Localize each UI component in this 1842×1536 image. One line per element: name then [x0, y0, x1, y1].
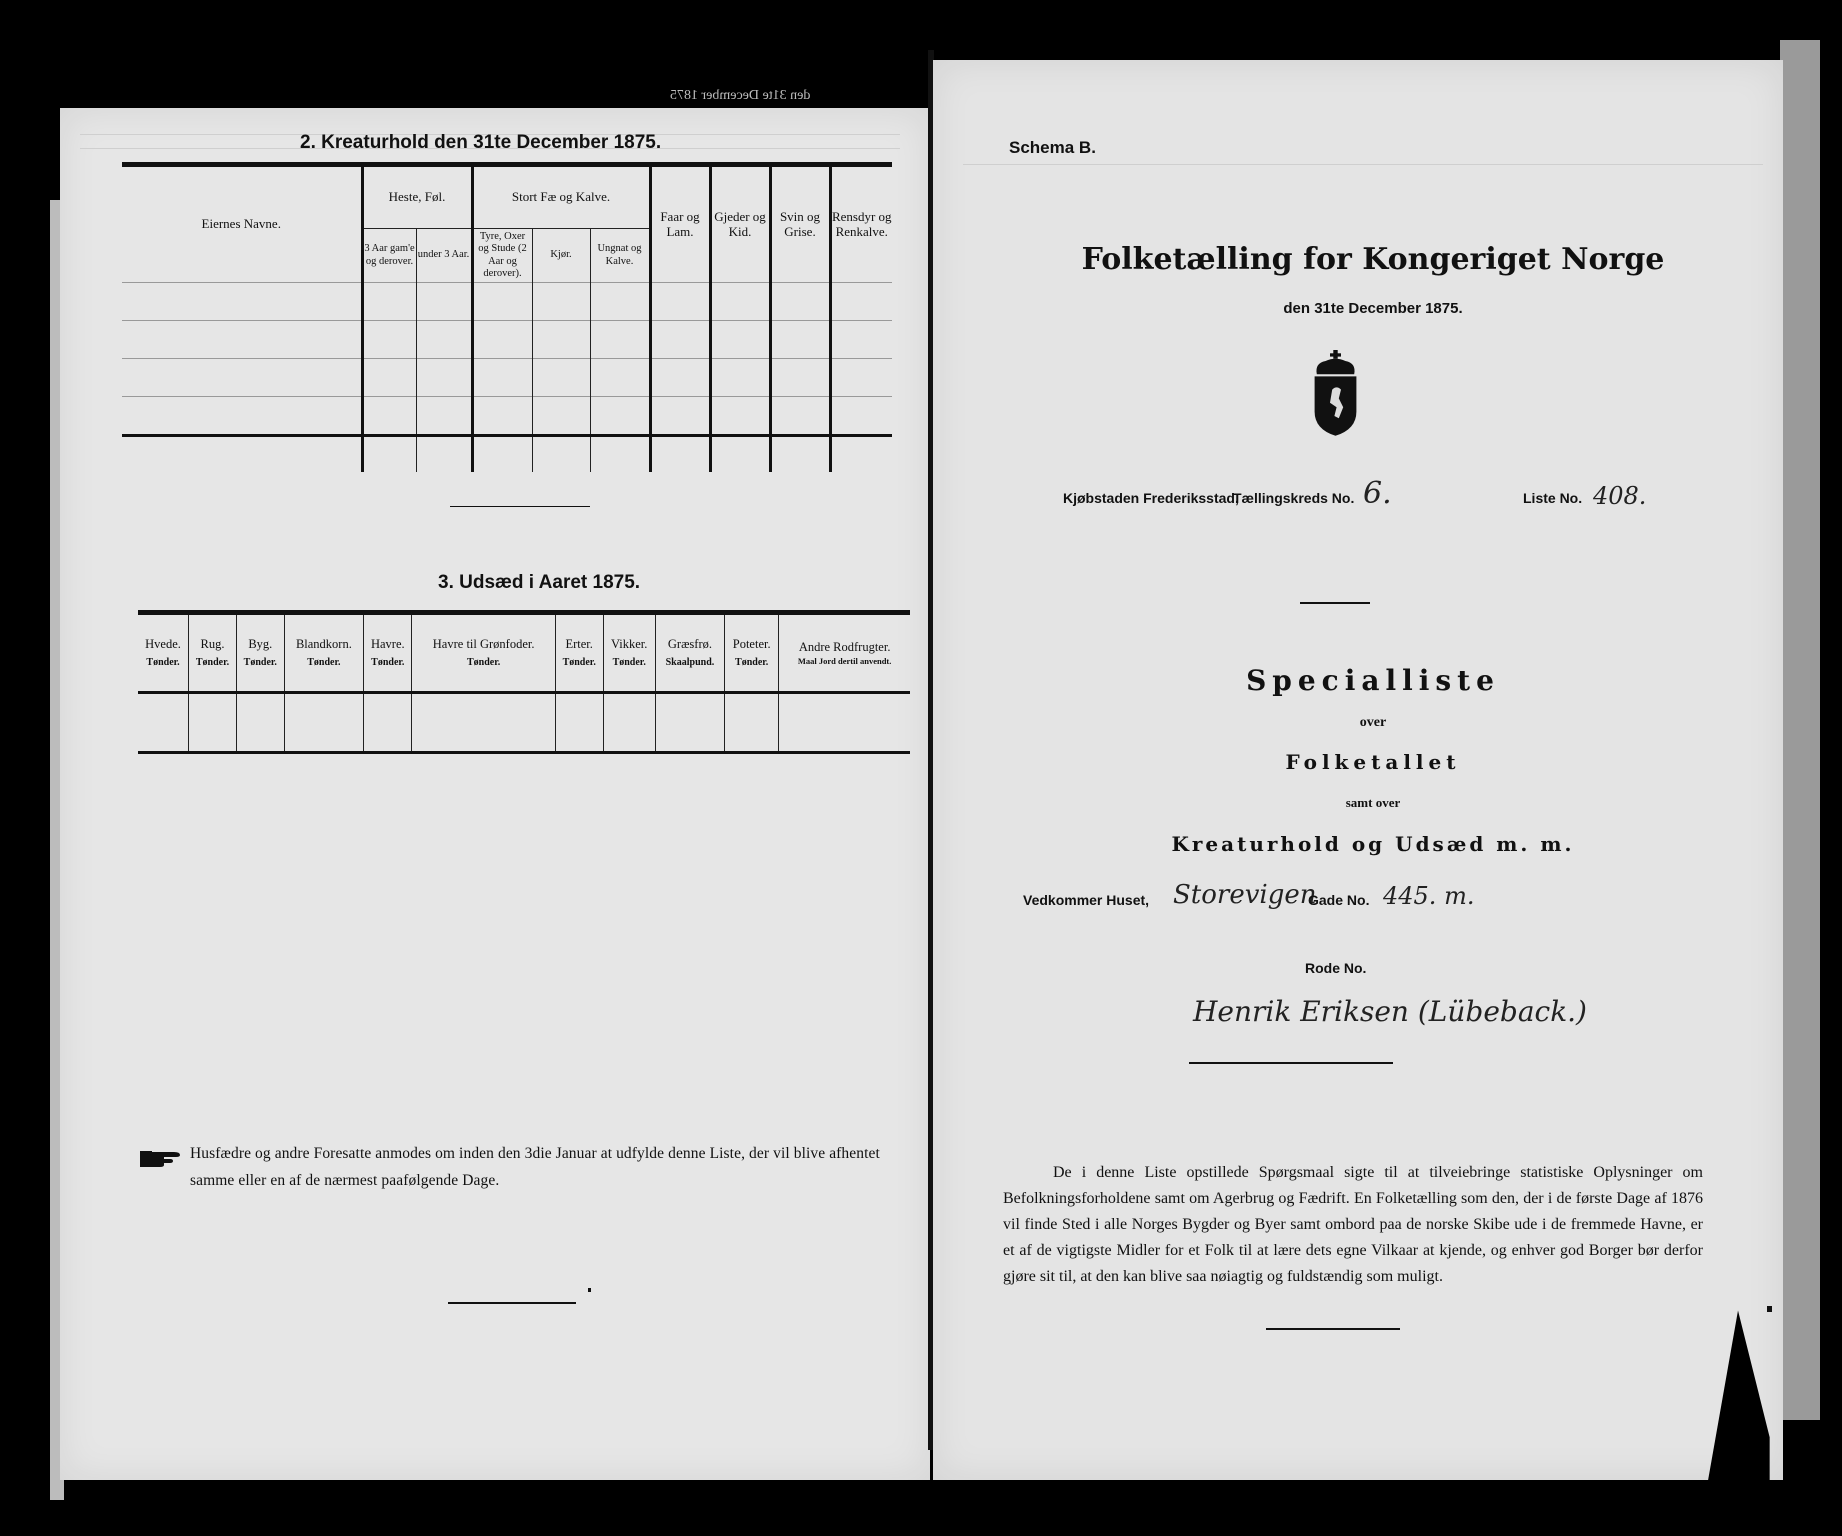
cell[interactable] [779, 693, 910, 753]
cell[interactable] [416, 359, 472, 397]
cell[interactable] [770, 435, 830, 473]
cell[interactable] [532, 397, 590, 435]
cell[interactable] [830, 283, 892, 321]
col-reindeer: Rensdyr og Renkalve. [830, 165, 892, 283]
seed-table: Hvede.Tønder. Rug.Tønder. Byg.Tønder. Bl… [138, 610, 910, 752]
cell[interactable] [770, 321, 830, 359]
seed-col-5: Havre til Grønfoder.Tønder. [412, 613, 555, 693]
cell[interactable] [284, 693, 363, 753]
ghost-bleed-text: den 31te December 1875 [670, 88, 810, 104]
col-group-cattle: Stort Fæ og Kalve. [472, 165, 650, 229]
cell[interactable] [532, 359, 590, 397]
seed-col-9: Poteter.Tønder. [725, 613, 779, 693]
district-number[interactable]: 6. [1363, 476, 1392, 511]
cell[interactable] [603, 693, 655, 753]
cell[interactable] [650, 435, 710, 473]
cell[interactable] [472, 397, 532, 435]
torn-corner-shadow [1703, 1300, 1773, 1490]
seed-col-4: Havre.Tønder. [364, 613, 412, 693]
left-page: den 31te December 1875 2. Kreaturhold de… [60, 108, 930, 1480]
also-over-label: samt over [993, 795, 1753, 811]
divider-rule [1300, 602, 1370, 604]
cell[interactable] [770, 283, 830, 321]
livestock-table-bottom-rule [122, 434, 892, 437]
livestock-row [122, 435, 892, 473]
col-goats: Gjeder og Kid. [710, 165, 770, 283]
cell[interactable] [362, 359, 416, 397]
seed-col-2: Byg.Tønder. [236, 613, 284, 693]
separator-rule [450, 506, 590, 507]
cell[interactable] [725, 693, 779, 753]
footer-rule [1266, 1328, 1400, 1330]
dot-mark [588, 1288, 591, 1292]
col-owner-names: Eiernes Navne. [122, 165, 362, 283]
owner-name[interactable]: Henrik Eriksen (Lübeback.) [1193, 995, 1587, 1028]
owner-cell[interactable] [122, 435, 362, 473]
over-label: over [993, 715, 1753, 731]
col-group-horses: Heste, Føl. [362, 165, 472, 229]
cell[interactable] [532, 435, 590, 473]
district-label: Tællingskreds No. [1233, 490, 1354, 506]
street-number-label: Gade No. [1308, 892, 1369, 908]
owner-cell[interactable] [122, 359, 362, 397]
cell[interactable] [472, 283, 532, 321]
col-cattle-bulls: Tyre, Oxer og Stude (2 Aar og derover). [472, 229, 532, 283]
col-horses-3plus: 3 Aar gam'e og derover. [362, 229, 416, 283]
cell[interactable] [830, 397, 892, 435]
street-name[interactable]: Storevigen [1173, 880, 1317, 910]
col-cattle-young: Ungnat og Kalve. [590, 229, 650, 283]
street-number[interactable]: 445. m. [1383, 882, 1474, 910]
cell[interactable] [590, 283, 650, 321]
seed-col-3: Blandkorn.Tønder. [284, 613, 363, 693]
cell[interactable] [236, 693, 284, 753]
owner-cell[interactable] [122, 283, 362, 321]
town-label: Kjøbstaden Frederiksstad, [1063, 490, 1239, 506]
cell[interactable] [770, 359, 830, 397]
livestock-row [122, 359, 892, 397]
cell[interactable] [416, 397, 472, 435]
cell[interactable] [590, 435, 650, 473]
rode-label: Rode No. [1305, 960, 1366, 976]
census-title: Folketælling for Kongeriget Norge [993, 242, 1753, 277]
census-date: den 31te December 1875. [993, 300, 1753, 317]
cell[interactable] [650, 283, 710, 321]
cell[interactable] [416, 321, 472, 359]
cell[interactable] [532, 321, 590, 359]
schema-label: Schema B. [1009, 138, 1096, 158]
cell[interactable] [590, 397, 650, 435]
cell[interactable] [710, 397, 770, 435]
house-label: Vedkommer Huset, [1023, 892, 1149, 908]
cell[interactable] [364, 693, 412, 753]
cell[interactable] [416, 283, 472, 321]
cell[interactable] [655, 693, 724, 753]
explanatory-paragraph: De i denne Liste opstillede Spørgsmaal s… [1003, 1160, 1703, 1290]
cell[interactable] [590, 321, 650, 359]
col-cattle-cows: Kjør. [532, 229, 590, 283]
col-horses-under3: under 3 Aar. [416, 229, 472, 283]
ghost-rule [963, 164, 1763, 165]
seed-col-6: Erter.Tønder. [555, 613, 603, 693]
cell[interactable] [710, 359, 770, 397]
cell[interactable] [138, 693, 189, 753]
cell[interactable] [472, 435, 532, 473]
livestock-row [122, 397, 892, 435]
livestock-row [122, 283, 892, 321]
cell[interactable] [710, 283, 770, 321]
population-title: Folketallet [993, 750, 1753, 774]
page-stack-right-edge [1780, 40, 1820, 1420]
owner-cell[interactable] [122, 397, 362, 435]
special-list-title: Specialliste [993, 664, 1753, 697]
cell[interactable] [555, 693, 603, 753]
cell[interactable] [710, 321, 770, 359]
col-sheep: Faar og Lam. [650, 165, 710, 283]
section3-title: 3. Udsæd i Aaret 1875. [438, 572, 640, 594]
house-line: Vedkommer Huset, Storevigen Gade No. 445… [1023, 872, 1743, 922]
list-label: Liste No. [1523, 490, 1582, 506]
cell[interactable] [650, 321, 710, 359]
seed-col-8: Græsfrø.Skaalpund. [655, 613, 724, 693]
signature-rule [1189, 1062, 1393, 1064]
closing-rule [448, 1302, 576, 1304]
section2-title: 2. Kreaturhold den 31te December 1875. [300, 132, 661, 154]
seed-col-0: Hvede.Tønder. [138, 613, 189, 693]
seed-table-bottom-rule [138, 751, 910, 754]
cell[interactable] [830, 435, 892, 473]
cell[interactable] [416, 435, 472, 473]
livestock-seed-title: Kreaturhold og Udsæd m. m. [993, 832, 1753, 856]
norway-coat-of-arms-icon [1308, 350, 1363, 438]
seed-row [138, 693, 910, 753]
cell[interactable] [362, 321, 416, 359]
cell[interactable] [770, 397, 830, 435]
cell[interactable] [412, 693, 555, 753]
cell[interactable] [362, 283, 416, 321]
cell[interactable] [830, 321, 892, 359]
cell[interactable] [189, 693, 237, 753]
seed-col-10: Andre Rodfrugter.Maal Jord dertil anvend… [779, 613, 910, 693]
instructions-notice: Husfædre og andre Foresatte anmodes om i… [190, 1140, 880, 1194]
cell[interactable] [362, 397, 416, 435]
seed-col-7: Vikker.Tønder. [603, 613, 655, 693]
livestock-table: Eiernes Navne. Heste, Føl. Stort Fæ og K… [122, 162, 892, 472]
seed-col-1: Rug.Tønder. [189, 613, 237, 693]
cell[interactable] [532, 283, 590, 321]
cell[interactable] [650, 359, 710, 397]
cell[interactable] [650, 397, 710, 435]
list-number[interactable]: 408. [1593, 482, 1646, 510]
livestock-row [122, 321, 892, 359]
owner-cell[interactable] [122, 321, 362, 359]
cell[interactable] [472, 321, 532, 359]
cell[interactable] [830, 359, 892, 397]
cell[interactable] [590, 359, 650, 397]
right-page: Schema B. Folketælling for Kongeriget No… [933, 60, 1783, 1480]
pointing-hand-icon [140, 1148, 186, 1170]
cell[interactable] [472, 359, 532, 397]
cell[interactable] [710, 435, 770, 473]
col-pigs: Svin og Grise. [770, 165, 830, 283]
cell[interactable] [362, 435, 416, 473]
